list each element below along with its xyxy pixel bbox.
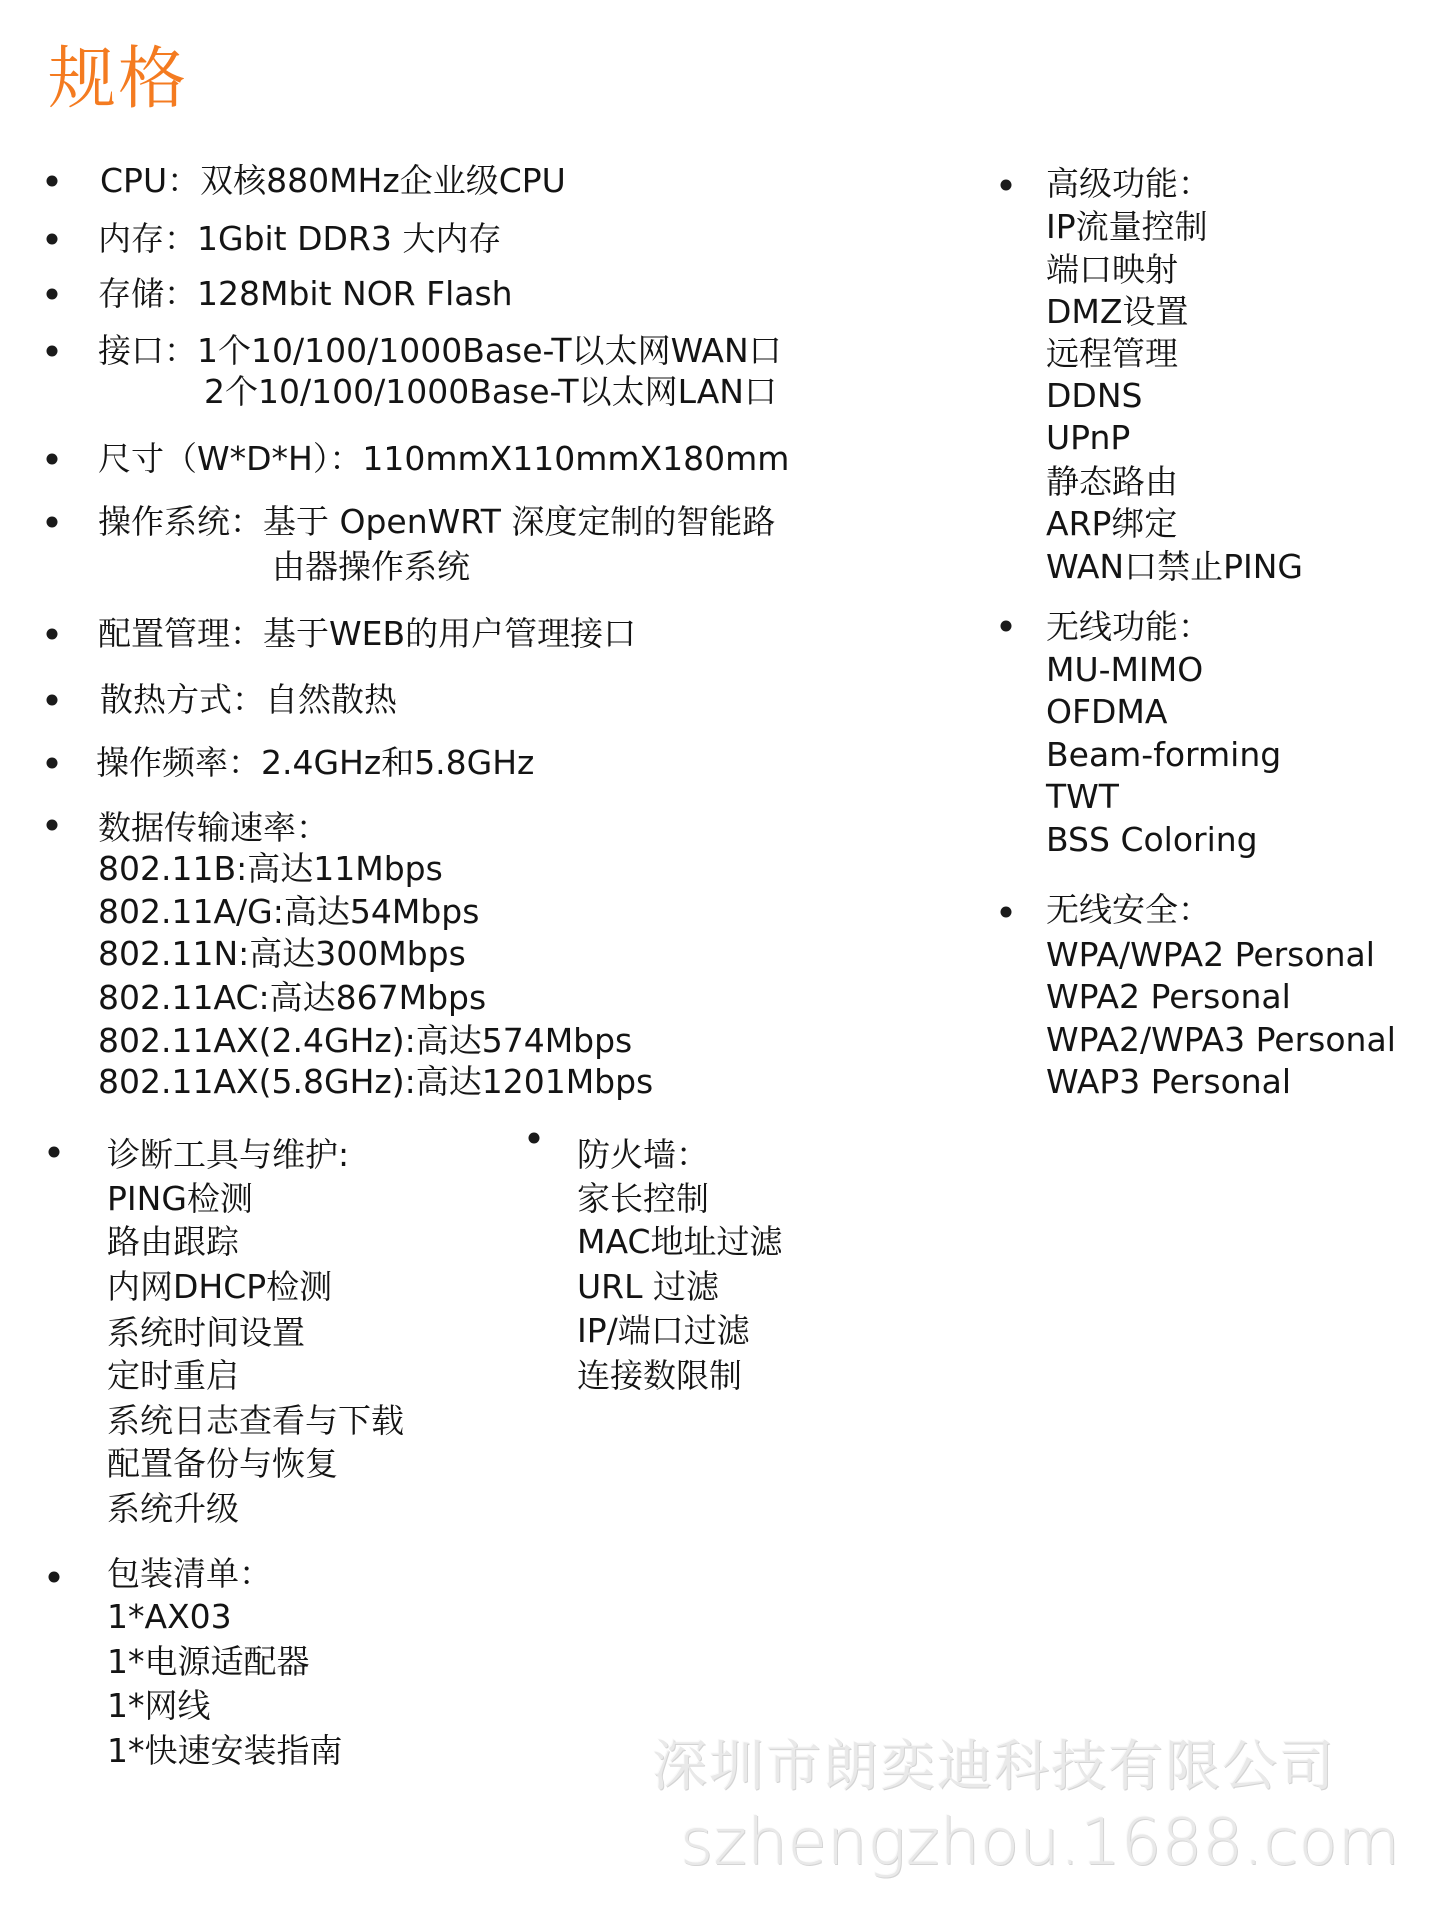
rate-item: 802.11AC:高达867Mbps bbox=[98, 977, 486, 1019]
advanced-heading: 高级功能： bbox=[1046, 163, 1211, 205]
advanced-item: UPnP bbox=[1046, 417, 1130, 459]
advanced-item: WAN口禁止PING bbox=[1046, 546, 1303, 588]
bullet-icon bbox=[47, 758, 58, 769]
bullet-icon bbox=[47, 176, 58, 187]
diagnostics-item: 系统时间设置 bbox=[107, 1312, 305, 1354]
security-item: WAP3 Personal bbox=[1046, 1061, 1291, 1103]
advanced-item: DMZ设置 bbox=[1046, 291, 1189, 333]
spec-config: 配置管理：基于WEB的用户管理接口 bbox=[98, 613, 636, 655]
security-item: WPA2/WPA3 Personal bbox=[1046, 1019, 1396, 1061]
bullet-icon bbox=[47, 346, 58, 357]
bullet-icon bbox=[1001, 180, 1012, 191]
firewall-heading: 防火墙： bbox=[577, 1134, 709, 1176]
spec-os-line1: 操作系统：基于 OpenWRT 深度定制的智能路 bbox=[98, 501, 775, 543]
package-item: 1*网线 bbox=[107, 1685, 211, 1727]
bullet-icon bbox=[47, 695, 58, 706]
bullet-icon bbox=[47, 629, 58, 640]
package-item: 1*AX03 bbox=[107, 1596, 232, 1638]
rate-item: 802.11B:高达11Mbps bbox=[98, 848, 443, 890]
bullet-icon bbox=[1001, 907, 1012, 918]
advanced-item: 远程管理 bbox=[1046, 333, 1178, 375]
diagnostics-item: 系统升级 bbox=[107, 1488, 239, 1530]
spec-cooling: 散热方式：自然散热 bbox=[100, 679, 397, 721]
spec-storage: 存储：128Mbit NOR Flash bbox=[98, 273, 513, 315]
firewall-item: IP/端口过滤 bbox=[577, 1310, 750, 1352]
rate-item: 802.11N:高达300Mbps bbox=[98, 933, 466, 975]
firewall-item: 连接数限制 bbox=[577, 1355, 742, 1397]
package-item: 1*电源适配器 bbox=[107, 1641, 310, 1683]
security-item: WPA2 Personal bbox=[1046, 976, 1291, 1018]
firewall-item: MAC地址过滤 bbox=[577, 1221, 783, 1263]
wireless-item: OFDMA bbox=[1046, 691, 1167, 733]
bullet-icon bbox=[49, 1147, 60, 1158]
wireless-item: MU-MIMO bbox=[1046, 649, 1203, 691]
watermark-site: szhengzhou.1688.com bbox=[680, 1806, 1400, 1880]
rate-item: 802.11A/G:高达54Mbps bbox=[98, 891, 479, 933]
rate-item: 802.11AX(5.8GHz):高达1201Mbps bbox=[98, 1061, 653, 1103]
advanced-item: IP流量控制 bbox=[1046, 206, 1208, 248]
rate-item: 802.11AX(2.4GHz):高达574Mbps bbox=[98, 1020, 632, 1062]
bullet-icon bbox=[47, 234, 58, 245]
diagnostics-item: 配置备份与恢复 bbox=[107, 1443, 338, 1485]
diagnostics-item: 定时重启 bbox=[107, 1355, 239, 1397]
wireless-item: BSS Coloring bbox=[1046, 819, 1258, 861]
rates-heading: 数据传输速率： bbox=[98, 807, 329, 849]
wireless-heading: 无线功能： bbox=[1046, 606, 1211, 648]
firewall-item: URL 过滤 bbox=[577, 1266, 719, 1308]
wireless-item: TWT bbox=[1046, 776, 1119, 818]
package-item: 1*快速安装指南 bbox=[107, 1730, 343, 1772]
spec-frequency: 操作频率：2.4GHz和5.8GHz bbox=[96, 742, 534, 784]
bullet-icon bbox=[47, 517, 58, 528]
package-heading: 包装清单： bbox=[107, 1553, 272, 1595]
bullet-icon bbox=[49, 1572, 60, 1583]
wireless-item: Beam-forming bbox=[1046, 734, 1281, 776]
spec-os-line2: 由器操作系统 bbox=[272, 546, 470, 588]
diagnostics-item: PING检测 bbox=[107, 1178, 253, 1220]
advanced-item: ARP绑定 bbox=[1046, 503, 1177, 545]
advanced-item: 静态路由 bbox=[1046, 461, 1178, 503]
diagnostics-item: 内网DHCP检测 bbox=[107, 1266, 332, 1308]
watermark-company: 深圳市朗奕迪科技有限公司 bbox=[652, 1722, 1336, 1801]
spec-interface-wan: 接口：1个10/100/1000Base-T以太网WAN口 bbox=[98, 330, 782, 372]
diagnostics-heading: 诊断工具与维护: bbox=[107, 1134, 349, 1176]
advanced-item: DDNS bbox=[1046, 375, 1142, 417]
advanced-item: 端口映射 bbox=[1046, 249, 1178, 291]
diagnostics-item: 系统日志查看与下载 bbox=[107, 1400, 404, 1442]
diagnostics-item: 路由跟踪 bbox=[107, 1221, 239, 1263]
bullet-icon bbox=[47, 289, 58, 300]
bullet-icon bbox=[47, 820, 58, 831]
spec-interface-lan: 2个10/100/1000Base-T以太网LAN口 bbox=[204, 371, 777, 413]
spec-memory: 内存：1Gbit DDR3 大内存 bbox=[98, 218, 501, 260]
spec-cpu: CPU：双核880MHz企业级CPU bbox=[100, 160, 566, 202]
bullet-icon bbox=[47, 454, 58, 465]
security-item: WPA/WPA2 Personal bbox=[1046, 934, 1375, 976]
security-heading: 无线安全： bbox=[1046, 889, 1211, 931]
bullet-icon bbox=[529, 1133, 540, 1144]
firewall-item: 家长控制 bbox=[577, 1178, 709, 1220]
bullet-icon bbox=[1001, 621, 1012, 632]
page-title: 规格 bbox=[48, 38, 188, 122]
spec-dimensions: 尺寸（W*D*H）：110mmX110mmX180mm bbox=[98, 438, 789, 480]
